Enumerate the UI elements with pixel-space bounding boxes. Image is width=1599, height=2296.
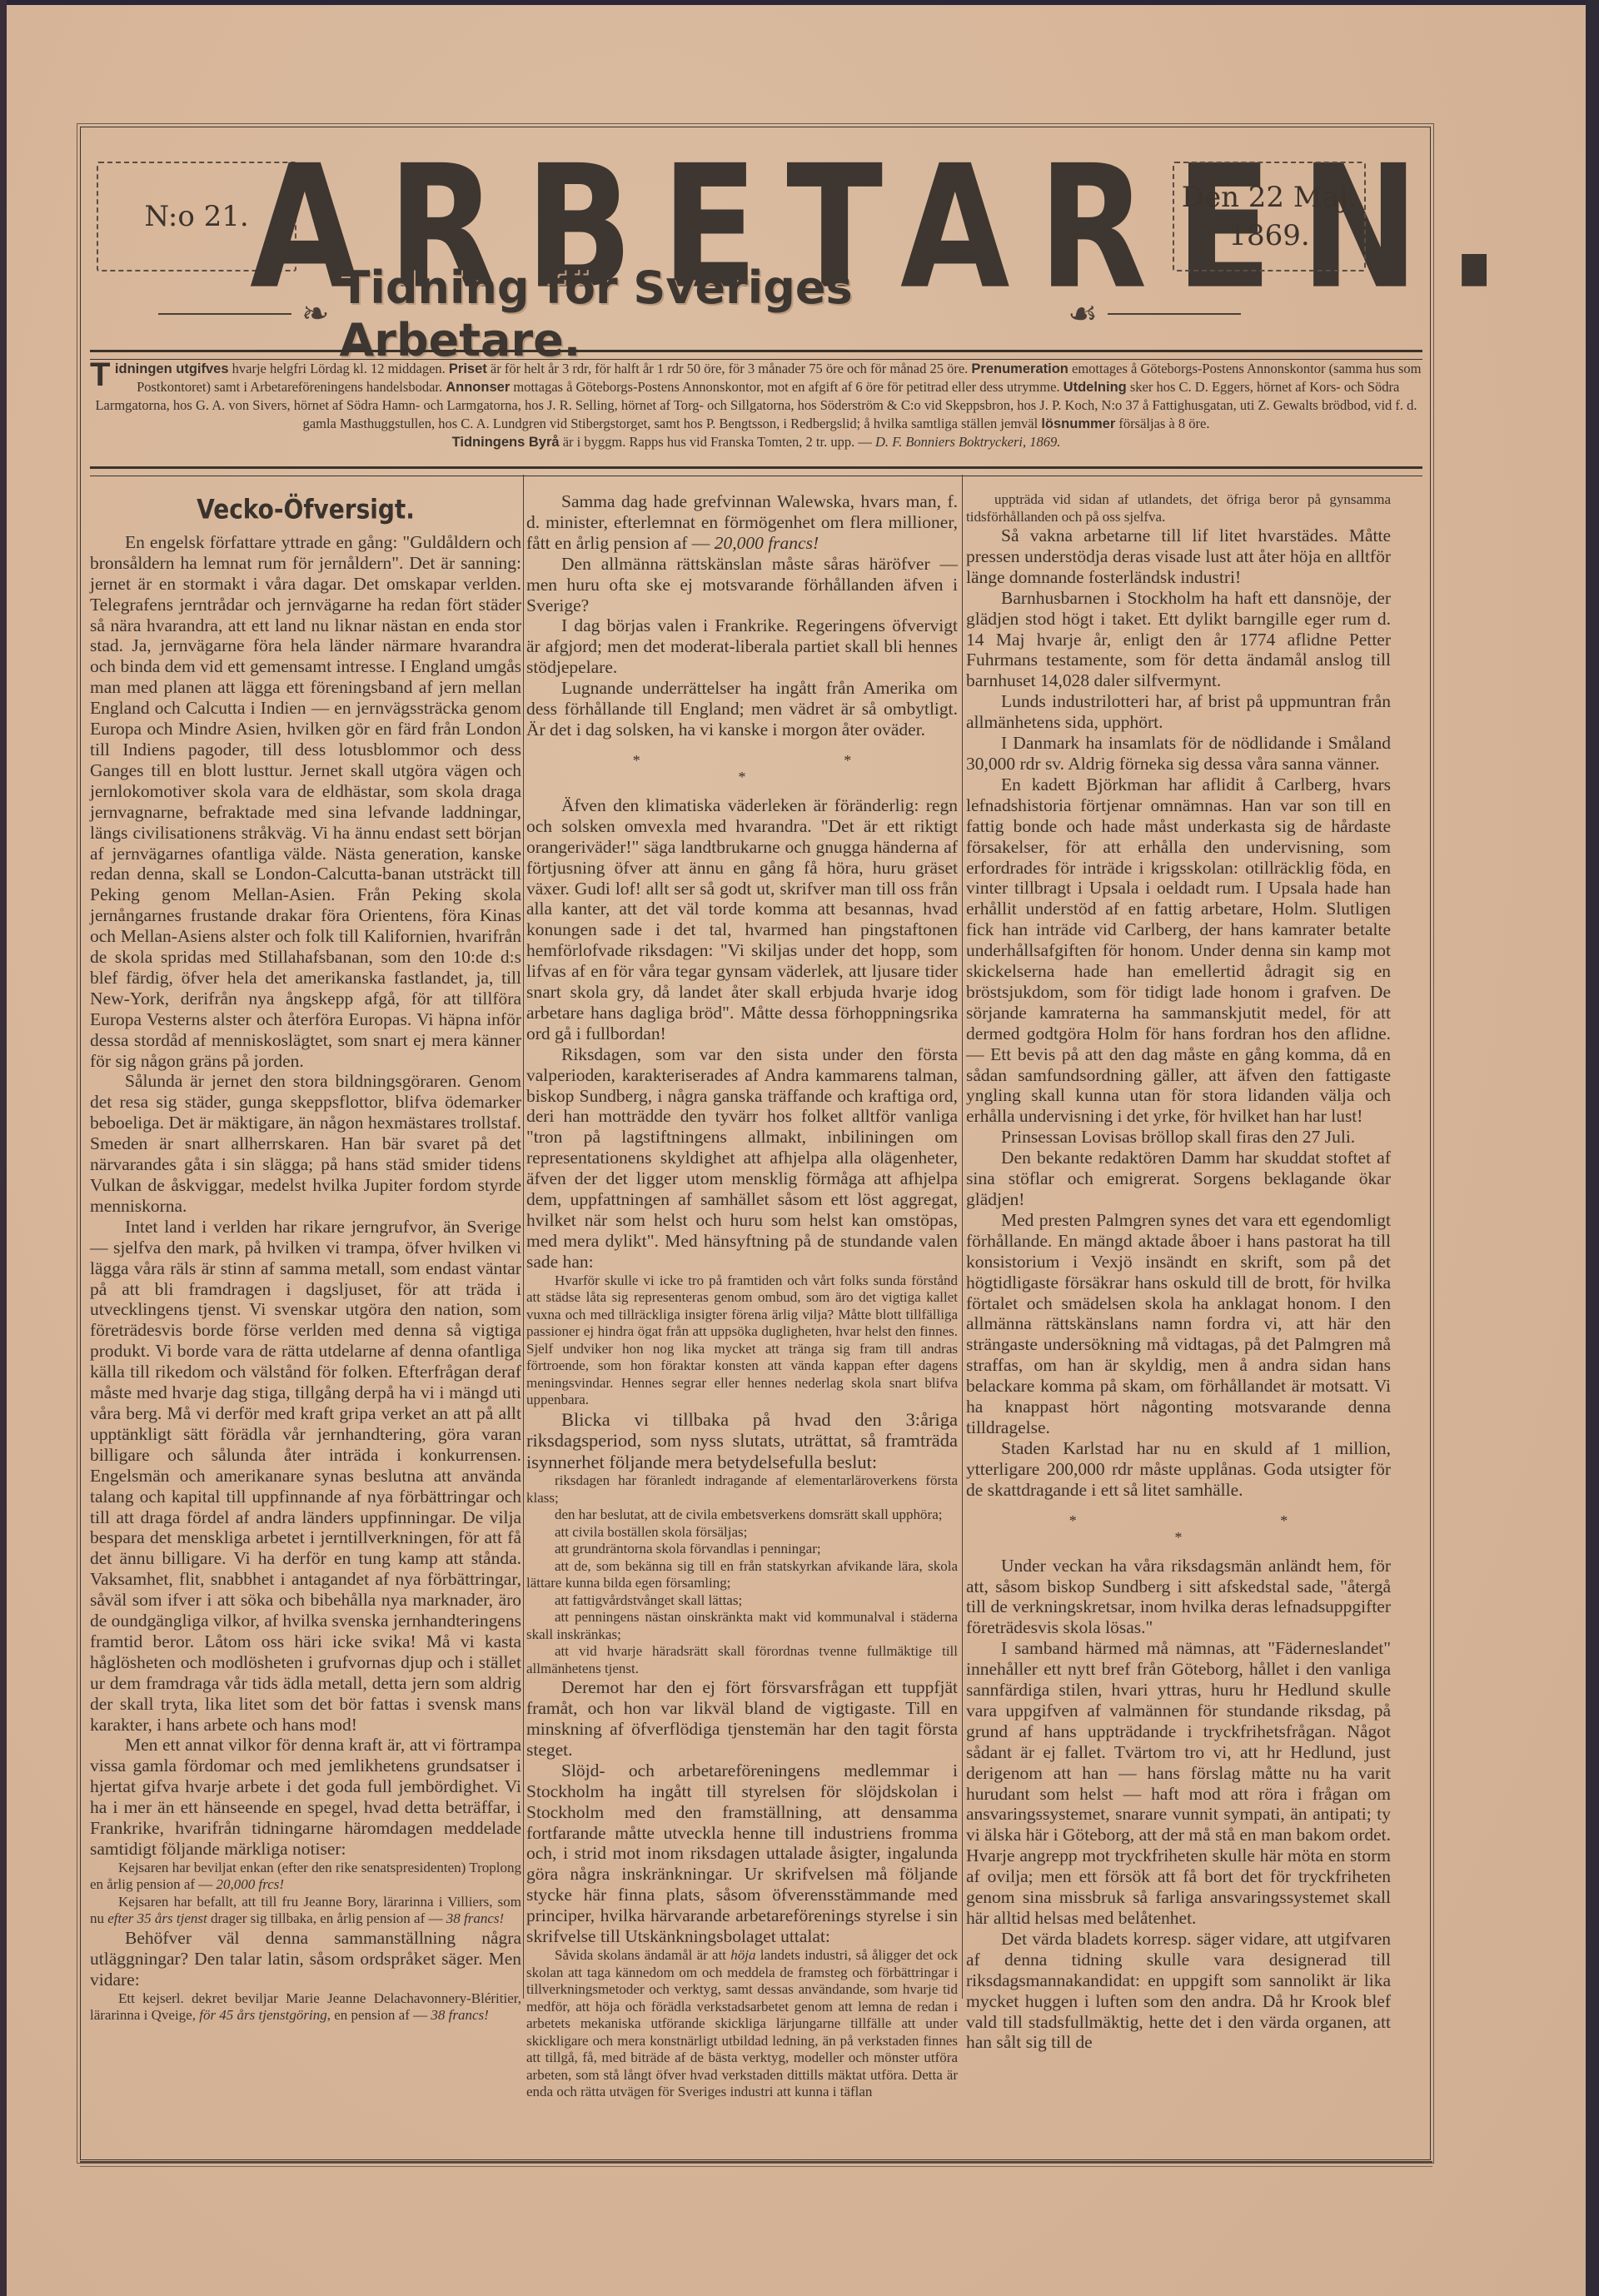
paragraph: Samma dag hade grefvinnan Walewska, hvar… — [526, 491, 958, 554]
notice: Kejsaren har beviljat enkan (efter den r… — [90, 1860, 521, 1894]
quote-text: Hvarför skulle vi icke tro på framtiden … — [526, 1273, 958, 1409]
fleuron-right-icon: ☙ — [1068, 295, 1098, 333]
date-line-2: 1869. — [1228, 217, 1309, 255]
asterism-separator: * ** — [966, 1512, 1391, 1546]
notice-text: Kejsaren har beviljat enkan (efter den r… — [90, 1860, 521, 1893]
list-item: den har beslutat, att de civila embetsve… — [526, 1507, 958, 1524]
quote-emphasis: höja — [730, 1947, 755, 1963]
list-item: att de, som bekänna sig till en från sta… — [526, 1558, 958, 1592]
paragraph: En engelsk författare yttrade en gång: "… — [90, 532, 521, 1072]
list-item: att civila boställen skola försäljas; — [526, 1524, 958, 1541]
imprint-rule — [90, 466, 1422, 476]
column-2: Samma dag hade grefvinnan Walewska, hvar… — [526, 491, 958, 2101]
imprint-text: hvarje helgfri Lördag kl. 12 middagen. — [229, 361, 449, 376]
column-divider-2 — [962, 475, 963, 1999]
paragraph: Det värda bladets korresp. säger vidare,… — [966, 1929, 1391, 2053]
paragraph: Lugnande underrättelser ha ingått från A… — [526, 678, 958, 740]
paragraph: Blicka vi tillbaka på hvad den 3:åriga r… — [526, 1409, 958, 1473]
paragraph: Deremot har den ej fört försvarsfrågan e… — [526, 1677, 958, 1761]
imprint-label-distribution: Utdelning — [1064, 380, 1127, 395]
notice-emphasis: 20,000 frcs! — [217, 1876, 285, 1892]
date-box: Den 22 Maj. 1869. — [1173, 162, 1366, 271]
publication-imprint: T idningen utgifves hvarje helgfri Lörda… — [90, 360, 1422, 451]
paragraph: Den bekante redaktören Damm har skuddat … — [966, 1148, 1391, 1210]
paragraph: Slöjd- och arbetareföreningens medlemmar… — [526, 1761, 958, 1947]
column-1: Vecko-Öfversigt. En engelsk författare y… — [90, 491, 521, 2025]
paragraph: Med presten Palmgren synes det vara ett … — [966, 1210, 1391, 1438]
list-item: att grundräntorna skola förvandlas i pen… — [526, 1541, 958, 1558]
ornament-rule-left — [158, 313, 291, 315]
list-item: att fattigvårdstvånget skall lättas; — [526, 1592, 958, 1610]
imprint-label-published: idningen utgifves — [115, 361, 229, 376]
quote-text: Såvida skolans ändamål är att höja lande… — [526, 1947, 958, 2101]
paragraph: Så vakna arbetarne till lif litet hvarst… — [966, 525, 1391, 588]
date-line-1: Den 22 Maj. — [1182, 178, 1357, 217]
continued-quote: uppträda vid sidan af utlandets, det öfr… — [966, 491, 1391, 525]
paragraph: Under veckan ha våra riksdagsmän anländt… — [966, 1556, 1391, 1639]
paragraph: Men ett annat vilkor för denna kraft är,… — [90, 1735, 521, 1859]
imprint-label-ads: Annonser — [446, 380, 510, 395]
notice-text: , en pension af — — [327, 2007, 431, 2023]
scan-left-edge — [0, 0, 7, 2296]
paragraph-emphasis: 20,000 francs! — [715, 533, 819, 553]
notice-text: drager sig tillbaka, en årlig pension af… — [207, 1910, 446, 1926]
imprint-text: försäljas à 8 öre. — [1115, 416, 1209, 431]
block-quote: Hvarför skulle vi icke tro på framtiden … — [526, 1273, 958, 1409]
notice-emphasis: efter 35 års tjenst — [107, 1910, 207, 1926]
notice-emphasis: för 45 års tjenstgöring — [199, 2007, 327, 2023]
quoted-notices: Kejsaren har beviljat enkan (efter den r… — [90, 1860, 521, 1928]
list-item: att penningens nästan oinskränkta makt v… — [526, 1609, 958, 1643]
list-item: att vid hvarje häradsrätt skall förordna… — [526, 1643, 958, 1677]
notice: Kejsaren har befallt, att till fru Jeann… — [90, 1894, 521, 1928]
column-divider-1 — [523, 475, 524, 1999]
paragraph: Den allmänna rättskänslan måste såras hä… — [526, 554, 958, 616]
imprint-printer: D. F. Bonniers Boktryckeri, 1869. — [875, 434, 1060, 450]
ornament-rule-right — [1108, 313, 1241, 315]
notice: Ett kejserl. dekret beviljar Marie Jeann… — [90, 1990, 521, 2025]
paragraph: Staden Karlstad har nu en skuld af 1 mil… — [966, 1438, 1391, 1501]
asterism-separator: * ** — [526, 752, 958, 785]
imprint-text: är för helt år 3 rdr, för halft år 1 rdr… — [487, 361, 972, 376]
paragraph: Intet land i verlden har rikare jerngruf… — [90, 1217, 521, 1736]
notice-emphasis: 38 francs! — [446, 1910, 504, 1926]
issue-number: N:o 21. — [144, 200, 248, 233]
imprint-text: är i byggm. Rapps hus vid Franska Tomten… — [560, 434, 875, 450]
paragraph: Behöfver väl denna sammanställning några… — [90, 1928, 521, 1990]
imprint-label-office: Tidningens Byrå — [452, 435, 560, 450]
paragraph: I Danmark ha insamlats för de nödlidande… — [966, 733, 1391, 774]
fleuron-left-icon: ❧ — [301, 295, 330, 333]
imprint-dropcap: T — [90, 360, 110, 390]
list-item: riksdagen har föranledt indragande af el… — [526, 1472, 958, 1507]
imprint-label-subscription: Prenumeration — [971, 361, 1068, 376]
quote-text-part: landets industri, så åligger det ock sko… — [526, 1947, 958, 2099]
paragraph: Äfven den klimatiska väderleken är förän… — [526, 795, 958, 1044]
imprint-text: mottagas å Göteborgs-Postens Annonskonto… — [510, 379, 1063, 395]
quoted-notices: Ett kejserl. dekret beviljar Marie Jeann… — [90, 1990, 521, 2025]
quote-text-part: Såvida skolans ändamål är att — [555, 1947, 730, 1963]
subtitle-row: ❧ Tidning för Sveriges Arbetare. ☙ — [158, 285, 1241, 343]
quote-text: uppträda vid sidan af utlandets, det öfr… — [966, 491, 1391, 525]
block-quote: Såvida skolans ändamål är att höja lande… — [526, 1947, 958, 2101]
scan-right-edge — [1586, 0, 1599, 2296]
paragraph: Riksdagen, som var den sista under den f… — [526, 1044, 958, 1273]
column-3: uppträda vid sidan af utlandets, det öfr… — [966, 491, 1391, 2053]
decisions-list: riksdagen har föranledt indragande af el… — [526, 1472, 958, 1677]
paragraph: Lunds industrilotteri har, af brist på u… — [966, 691, 1391, 733]
paragraph: Prinsessan Lovisas bröllop skall firas d… — [966, 1127, 1391, 1148]
masthead-rule — [90, 350, 1422, 360]
paragraph: I samband härmed må nämnas, att "Fäderne… — [966, 1638, 1391, 1929]
paragraph: En kadett Björkman har aflidit å Carlber… — [966, 774, 1391, 1127]
paragraph: Sålunda är jernet den stora bildningsgör… — [90, 1071, 521, 1216]
imprint-label-price: Priset — [449, 361, 487, 376]
paragraph: Barnhusbarnen i Stockholm ha haft ett da… — [966, 588, 1391, 692]
page-bottom-rule — [80, 2161, 1432, 2167]
imprint-label-single-issue: lösnummer — [1041, 416, 1115, 431]
paragraph: I dag börjas valen i Frankrike. Regering… — [526, 615, 958, 678]
article-heading: Vecko-Öfversigt. — [90, 498, 521, 522]
notice-emphasis: 38 francs! — [431, 2007, 488, 2023]
